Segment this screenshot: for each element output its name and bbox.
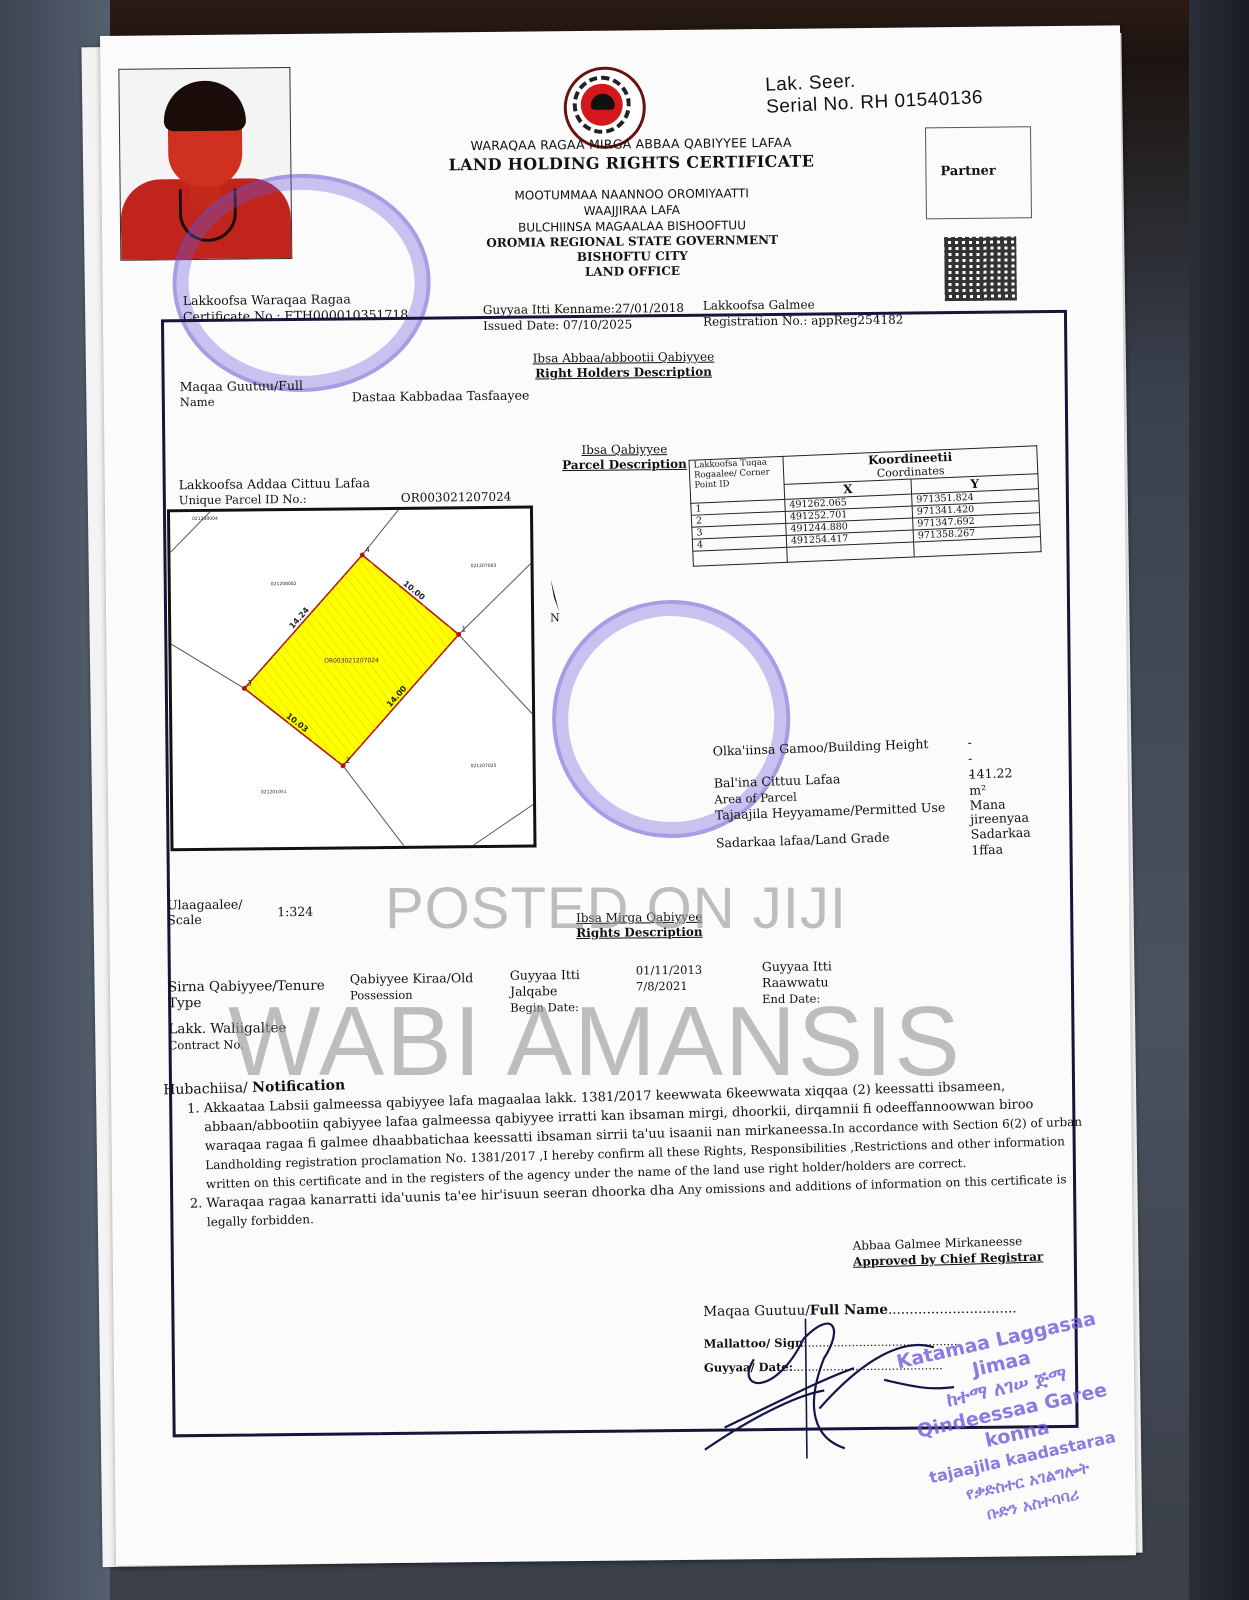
holder-full-name: Dastaa Kabbadaa Tasfaayee [352, 388, 530, 405]
background-right [1189, 0, 1249, 1600]
svg-text:021208002: 021208002 [271, 581, 297, 587]
serial-number: Lak. Seer. Serial No. RH 01540136 [765, 65, 984, 119]
svg-text:021207025: 021207025 [471, 763, 497, 769]
contract-number-label: Lakk. Waliigaltee Contract No. [168, 1020, 286, 1053]
svg-text:1: 1 [462, 625, 467, 633]
qr-code [944, 236, 1017, 301]
svg-text:021207003: 021207003 [471, 563, 497, 569]
certificate-page: Lak. Seer. Serial No. RH 01540136 Partne… [100, 25, 1136, 1566]
upid-value: OR003021207024 [401, 490, 512, 506]
tenure-label: Sirna Qabiyyee/Tenure Type [168, 978, 325, 1012]
title-block: WARAQAA RAGAA MIRGA ABBAA QABIYYEE LAFAA… [401, 134, 862, 282]
full-name-label: Maqaa Guutuu/Full Name [180, 378, 304, 410]
begin-date-label: Guyyaa Itti Jalqabe Begin Date: [510, 967, 581, 1016]
svg-text:3: 3 [247, 679, 252, 687]
end-date-label: Guyyaa Itti Raawwatu End Date: [762, 958, 833, 1007]
title-en: LAND HOLDING RIGHTS CERTIFICATE [401, 151, 861, 175]
scale-label: Ulaagaalee/ Scale [167, 897, 243, 928]
svg-text:4: 4 [365, 546, 370, 554]
svg-text:021201051: 021201051 [261, 789, 287, 795]
upid-label: Lakkoofsa Addaa Cittuu Lafaa Unique Parc… [179, 475, 371, 508]
approval-title: Abbaa Galmee Mirkaneesse Approved by Chi… [852, 1233, 1043, 1270]
partner-box: Partner [925, 126, 1032, 219]
tenure-value: Qabiyyee Kiraa/Old Possession [350, 970, 474, 1003]
right-holders-title: Ibsa Abbaa/abbootii Qabiyyee Right Holde… [523, 349, 723, 381]
begin-date-values: 01/11/2013 7/8/2021 [636, 962, 703, 995]
parcel-map: 123414.2410.0014.0010.03OR00302120702402… [167, 505, 537, 851]
svg-text:2: 2 [346, 757, 351, 765]
parcel-properties: Olka'iinsa Gamoo/Building Height --- Bal… [712, 736, 947, 868]
north-arrow-icon: N [550, 579, 560, 623]
coordinates-table: Lakkoofsa Tuqaa Rogaalee/ Corner Point I… [688, 445, 1041, 567]
svg-text:OR003021207024: OR003021207024 [324, 657, 379, 665]
rights-title: Ibsa Mirga Qabiyyee Rights Description [564, 910, 714, 942]
notification: Hubachiisa/ Notification Akkaataa Labsii… [163, 1055, 1097, 1233]
svg-text:021208004: 021208004 [192, 516, 218, 522]
scale-value: 1:324 [277, 904, 313, 919]
corner-id-header: Lakkoofsa Tuqaa Rogaalee/ Corner Point I… [689, 456, 785, 503]
parcel-title: Ibsa Qabiyyee Parcel Description [554, 442, 694, 473]
